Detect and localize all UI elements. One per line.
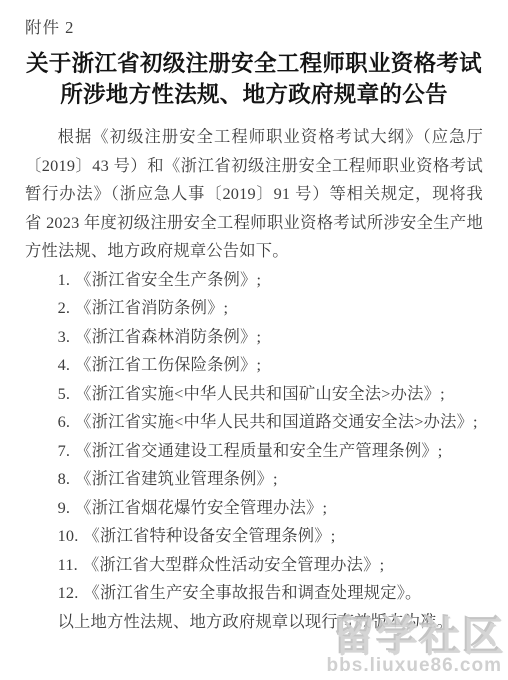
regulation-list-item: 7.《浙江省交通建设工程质量和安全生产管理条例》; bbox=[25, 437, 483, 466]
regulation-list-item: 3.《浙江省森林消防条例》; bbox=[25, 323, 483, 352]
regulation-item-number: 6. bbox=[58, 412, 71, 431]
regulation-item-text: 《浙江省工伤保险条例》; bbox=[75, 355, 261, 374]
closing-line: 以上地方性法规、地方政府规章以现行有效版本为准。 bbox=[25, 608, 483, 637]
regulation-item-text: 《浙江省特种设备安全管理条例》; bbox=[84, 526, 336, 545]
regulation-item-number: 5. bbox=[58, 384, 71, 403]
watermark-site-url: bbs.liuxue86.com bbox=[327, 655, 502, 676]
regulation-item-text: 《浙江省交通建设工程质量和安全生产管理条例》; bbox=[75, 441, 442, 460]
regulation-list: 1.《浙江省安全生产条例》; 2.《浙江省消防条例》; 3.《浙江省森林消防条例… bbox=[25, 266, 483, 608]
title-line-1: 关于浙江省初级注册安全工程师职业资格考试 bbox=[25, 48, 483, 79]
regulation-list-item: 12.《浙江省生产安全事故报告和调查处理规定》。 bbox=[25, 579, 483, 608]
regulation-item-text: 《浙江省大型群众性活动安全管理办法》; bbox=[83, 555, 384, 574]
regulation-item-number: 2. bbox=[58, 298, 71, 317]
regulation-list-item: 5.《浙江省实施<中华人民共和国矿山安全法>办法》; bbox=[25, 380, 483, 409]
regulation-list-item: 6.《浙江省实施<中华人民共和国道路交通安全法>办法》; bbox=[25, 408, 483, 437]
regulation-item-number: 1. bbox=[58, 270, 71, 289]
document-title: 关于浙江省初级注册安全工程师职业资格考试 所涉地方性法规、地方政府规章的公告 bbox=[25, 48, 483, 110]
attachment-label: 附件 2 bbox=[25, 16, 483, 40]
regulation-list-item: 1.《浙江省安全生产条例》; bbox=[25, 266, 483, 295]
regulation-item-text: 《浙江省消防条例》; bbox=[75, 298, 228, 317]
regulation-item-number: 3. bbox=[58, 327, 71, 346]
title-line-2: 所涉地方性法规、地方政府规章的公告 bbox=[25, 79, 483, 110]
regulation-list-item: 9.《浙江省烟花爆竹安全管理办法》; bbox=[25, 494, 483, 523]
regulation-item-text: 《浙江省实施<中华人民共和国矿山安全法>办法》; bbox=[75, 384, 445, 403]
regulation-item-number: 9. bbox=[58, 498, 71, 517]
regulation-list-item: 8.《浙江省建筑业管理条例》; bbox=[25, 465, 483, 494]
regulation-item-text: 《浙江省安全生产条例》; bbox=[75, 270, 261, 289]
regulation-item-text: 《浙江省实施<中华人民共和国道路交通安全法>办法》; bbox=[75, 412, 478, 431]
intro-paragraph: 根据《初级注册安全工程师职业资格考试大纲》（应急厅〔2019〕43 号）和《浙江… bbox=[25, 123, 483, 266]
regulation-item-text: 《浙江省烟花爆竹安全管理办法》; bbox=[75, 498, 327, 517]
regulation-item-number: 10. bbox=[58, 526, 79, 545]
regulation-list-item: 10.《浙江省特种设备安全管理条例》; bbox=[25, 522, 483, 551]
regulation-item-number: 7. bbox=[58, 441, 71, 460]
regulation-item-text: 《浙江省建筑业管理条例》; bbox=[75, 469, 278, 488]
regulation-item-number: 8. bbox=[58, 469, 71, 488]
regulation-list-item: 2.《浙江省消防条例》; bbox=[25, 294, 483, 323]
regulation-item-number: 12. bbox=[58, 583, 79, 602]
regulation-list-item: 11.《浙江省大型群众性活动安全管理办法》; bbox=[25, 551, 483, 580]
regulation-item-text: 《浙江省森林消防条例》; bbox=[75, 327, 261, 346]
announcement-page: 附件 2 关于浙江省初级注册安全工程师职业资格考试 所涉地方性法规、地方政府规章… bbox=[0, 0, 508, 680]
regulation-list-item: 4.《浙江省工伤保险条例》; bbox=[25, 351, 483, 380]
regulation-item-text: 《浙江省生产安全事故报告和调查处理规定》。 bbox=[84, 583, 422, 602]
regulation-item-number: 11. bbox=[58, 555, 78, 574]
regulation-item-number: 4. bbox=[58, 355, 71, 374]
